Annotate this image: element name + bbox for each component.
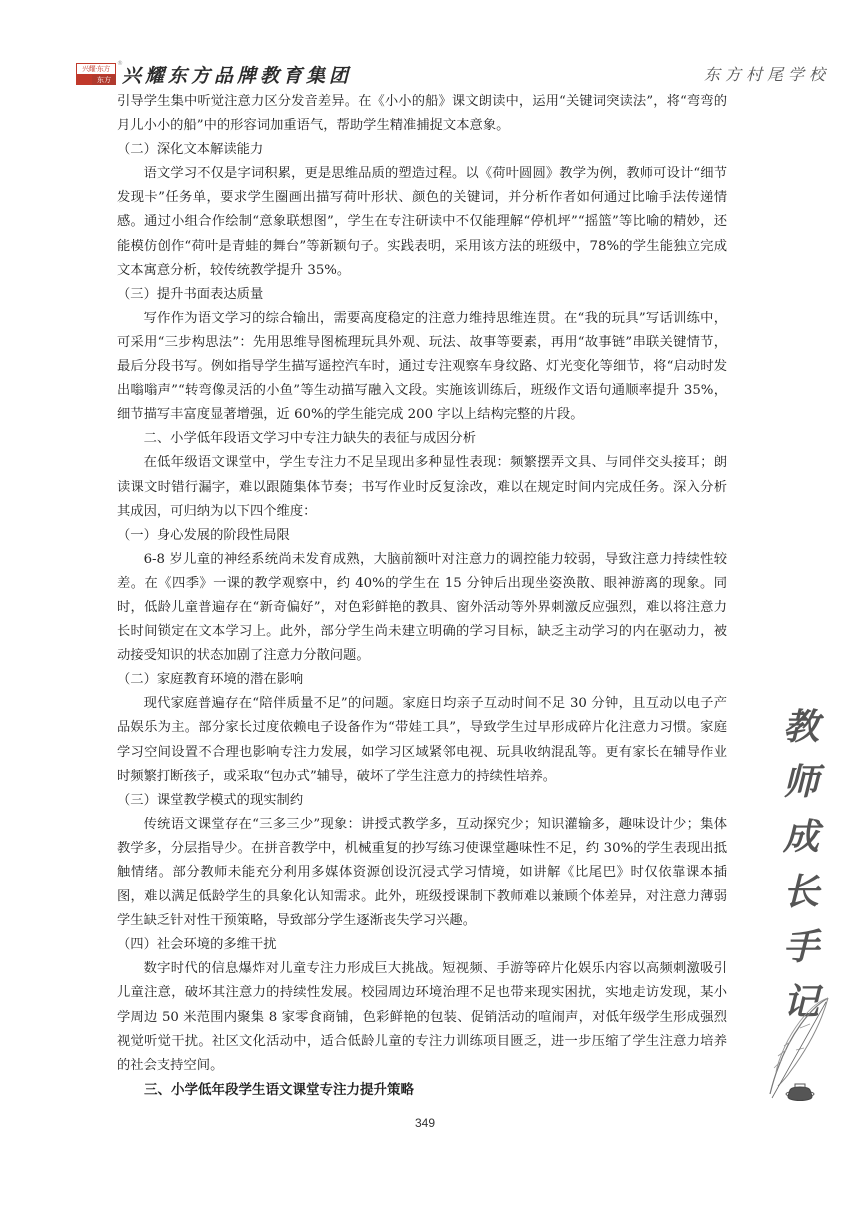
section-heading-bold: 三、小学低年段学生语文课堂专注力提升策略 <box>117 1078 727 1102</box>
subheading: （二）深化文本解读能力 <box>117 138 727 162</box>
paragraph: 6-8 岁儿童的神经系统尚未发育成熟，大脑前额叶对注意力的调控能力较弱，导致注意… <box>117 548 727 668</box>
quill-and-inkwell-icon <box>760 990 840 1105</box>
paragraph: 写作作为语文学习的综合输出，需要高度稳定的注意力维持思维连贯。在“我的玩具”写话… <box>117 307 727 427</box>
title-char: 长 <box>783 865 819 920</box>
subheading: （三）提升书面表达质量 <box>117 283 727 307</box>
title-char: 师 <box>783 755 819 810</box>
subheading: （一）身心发展的阶段性局限 <box>117 524 727 548</box>
title-char: 手 <box>783 920 819 975</box>
logo-top-band: 兴耀·东方 <box>76 63 116 75</box>
logo-bottom-text: 东方 <box>92 75 116 85</box>
paragraph: 数字时代的信息爆炸对儿童专注力形成巨大挑战。短视频、手游等碎片化娱乐内容以高频刺… <box>117 957 727 1077</box>
paragraph: 在低年级语文课堂中，学生专注力不足呈现出多种显性表现：频繁摆弄文具、与同伴交头接… <box>117 451 727 523</box>
subheading: （三）课堂教学模式的现实制约 <box>117 789 727 813</box>
paragraph: 语文学习不仅是字词积累，更是思维品质的塑造过程。以《荷叶圆圆》教学为例，教师可设… <box>117 162 727 282</box>
group-name: 兴耀东方品牌教育集团 <box>122 64 352 88</box>
logo-red-block <box>76 75 92 85</box>
paragraph: 传统语文课堂存在“三多三少”现象：讲授式教学多，互动探究少；知识灌输多，趣味设计… <box>117 813 727 933</box>
document-body: 引导学生集中听觉注意力区分发音差异。在《小小的船》课文朗读中，运用“关键词突读法… <box>117 90 727 1102</box>
paragraph-continued: 引导学生集中听觉注意力区分发音差异。在《小小的船》课文朗读中，运用“关键词突读法… <box>117 90 727 138</box>
brand-logo: 兴耀·东方 东方 <box>76 63 116 85</box>
paragraph: 现代家庭普遍存在“陪伴质量不足”的问题。家庭日均亲子互动时间不足 30 分钟，且… <box>117 692 727 788</box>
title-char: 成 <box>783 810 819 865</box>
title-char: 教 <box>783 700 819 755</box>
subheading: （二）家庭教育环境的潜在影响 <box>117 668 727 692</box>
section-heading: 二、小学低年段语文学习中专注力缺失的表征与成因分析 <box>117 427 727 451</box>
school-name: 东方村尾学校 <box>704 64 830 86</box>
page-header: 兴耀·东方 东方 ® 兴耀东方品牌教育集团 东方村尾学校 <box>0 0 850 90</box>
logo-bottom-band: 东方 <box>76 75 116 85</box>
vertical-calligraphy-title: 教 师 成 长 手 记 <box>776 700 826 1030</box>
page-number: 349 <box>0 1116 850 1130</box>
subheading: （四）社会环境的多维干扰 <box>117 933 727 957</box>
